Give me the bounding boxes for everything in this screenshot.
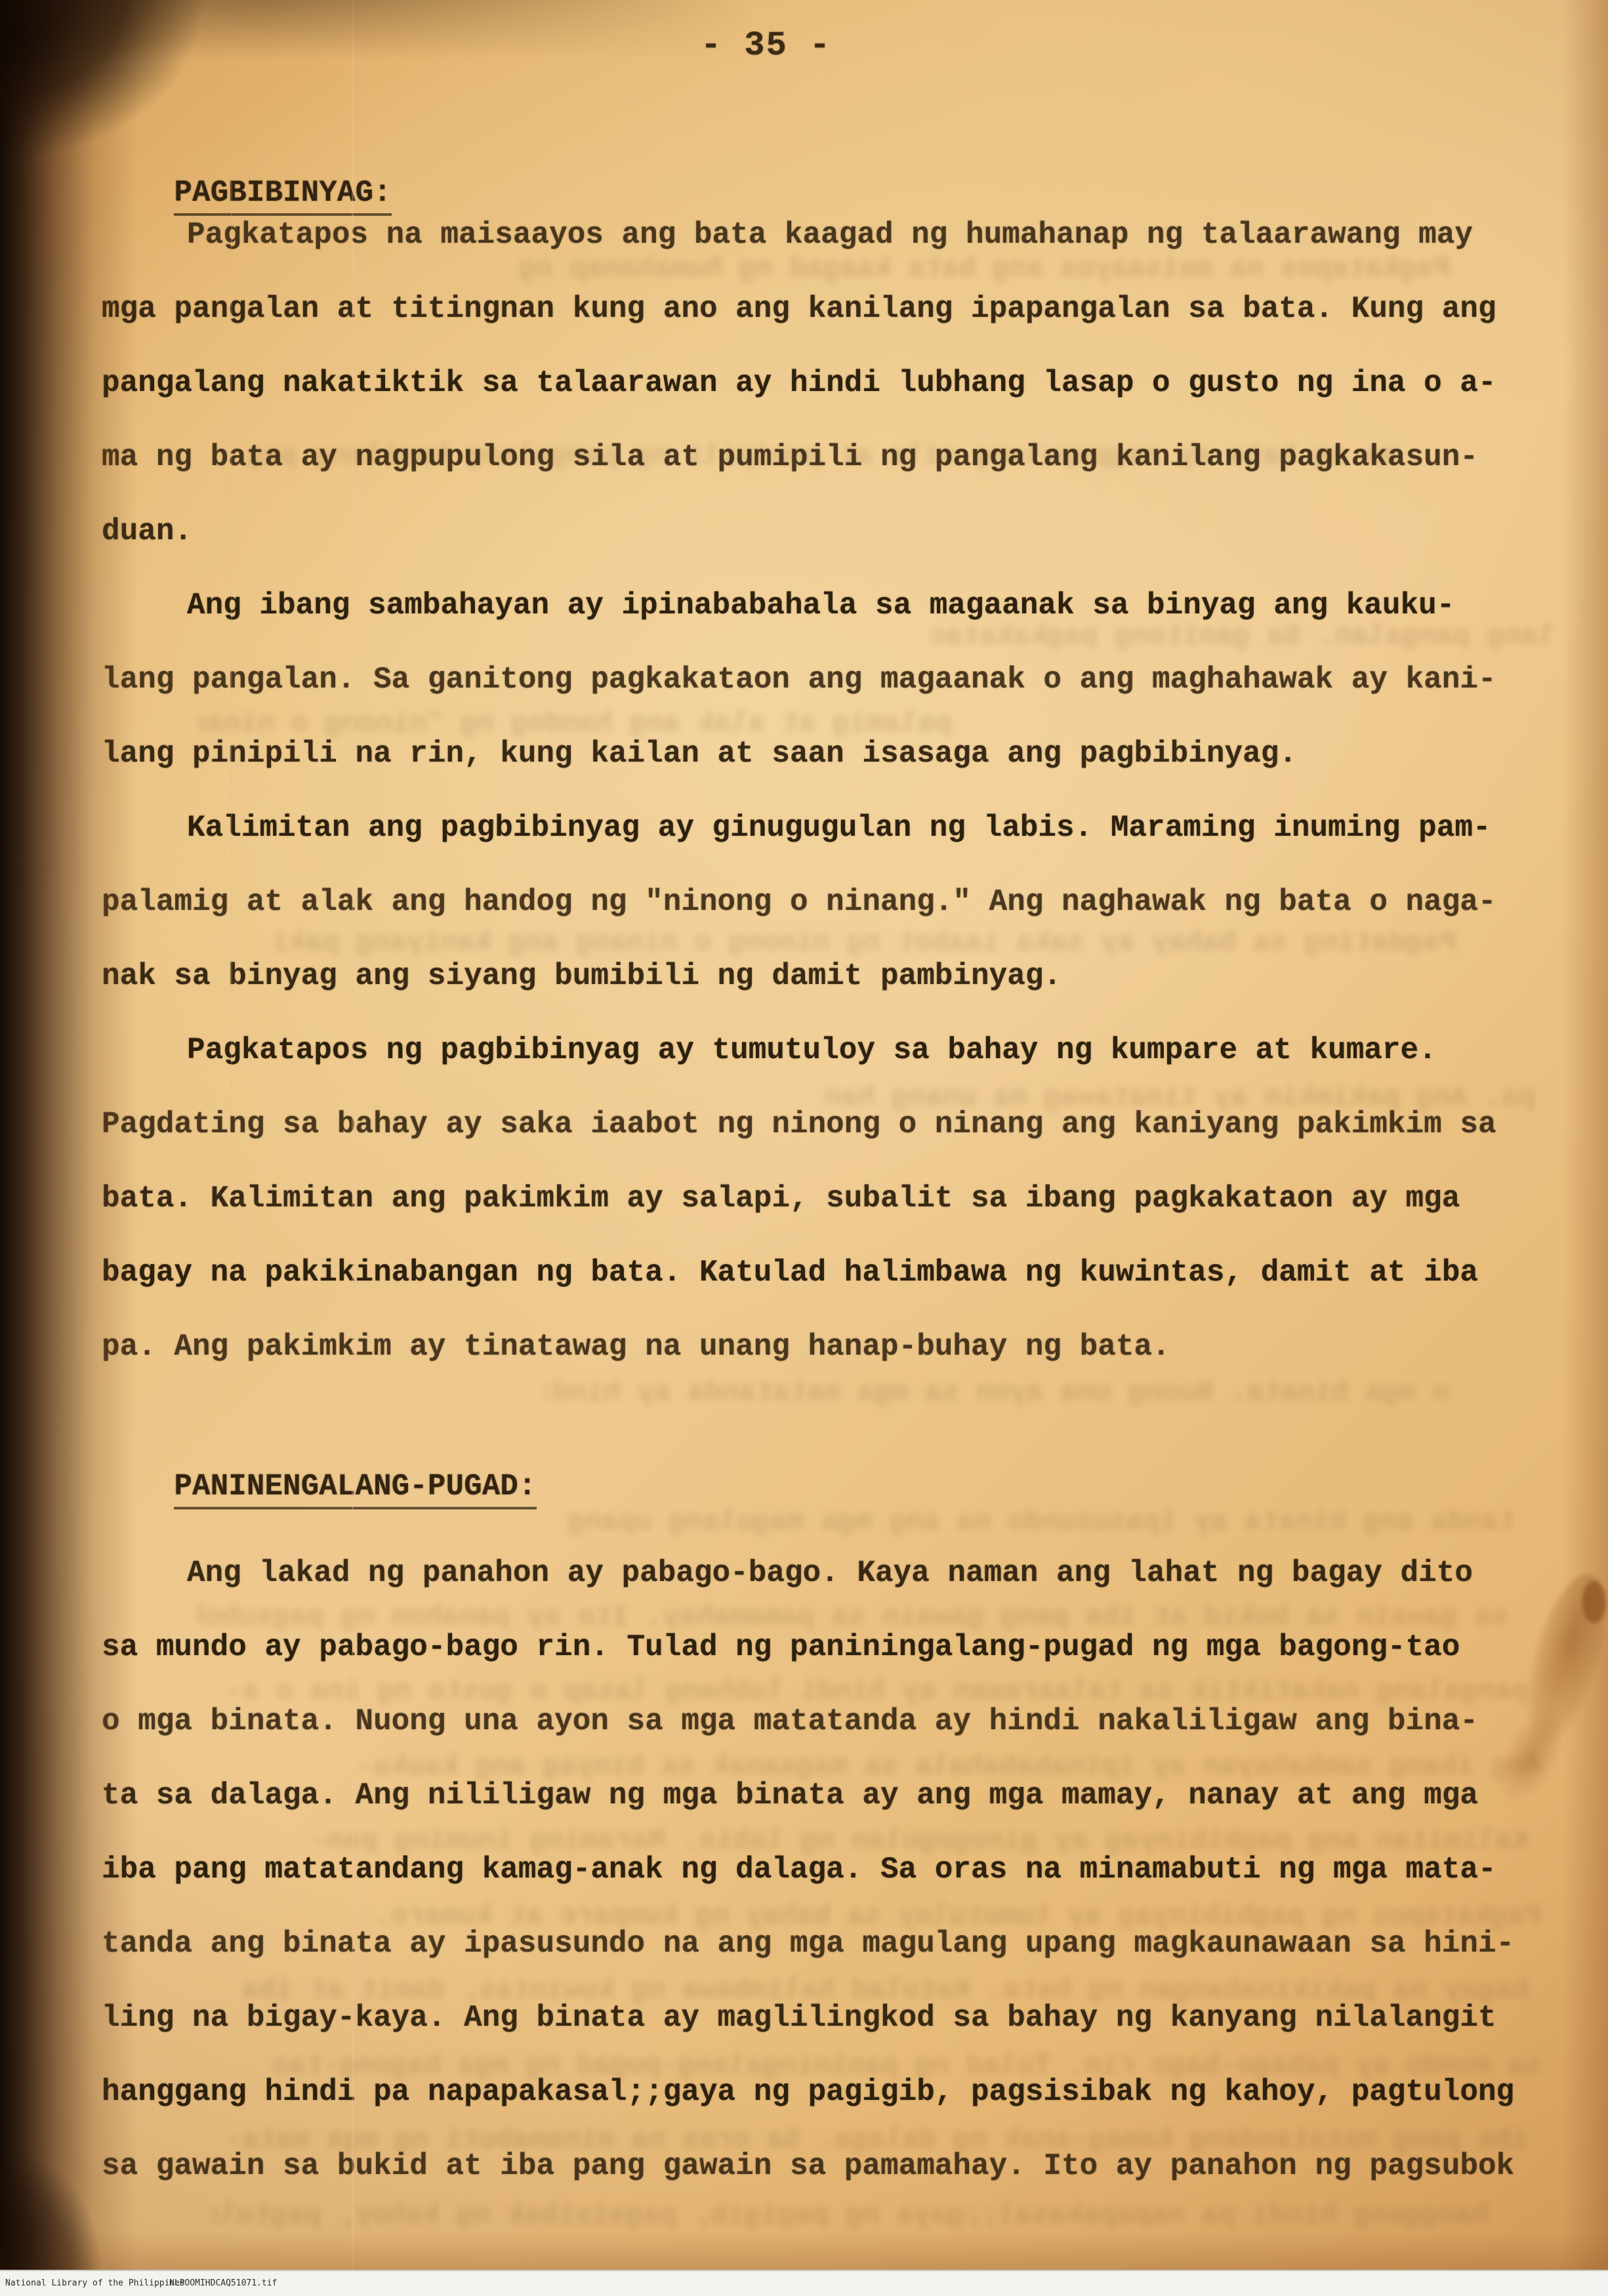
body-line: iba pang matatandang kamag-anak ng dalag… bbox=[102, 1853, 1496, 1887]
body-line: bata. Kalimitan ang pakimkim ay salapi, … bbox=[102, 1181, 1460, 1216]
section-heading-label: PANINENGALANG-PUGAD: bbox=[174, 1469, 536, 1509]
scan-edge-shadow-bottom-left bbox=[0, 2074, 171, 2271]
body-line: sa gawain sa bukid at iba pang gawain sa… bbox=[102, 2149, 1514, 2183]
bleed-through-line: Pagdating sa bahay ay saka iaabot ng nin… bbox=[276, 926, 1456, 962]
scanned-page: Pagkatapos na maisaayos ang bata kaagad … bbox=[0, 0, 1608, 2296]
section-heading-paninengalang-pugad: PANINENGALANG-PUGAD: bbox=[102, 1435, 537, 1538]
bleed-through-line: tanda ang binata ay ipasusundo na ang mg… bbox=[564, 1506, 1515, 1541]
body-line: Pagkatapos ng pagbibinyag ay tumutuloy s… bbox=[102, 1033, 1437, 1067]
footer-library-label: National Library of the Philippines bbox=[5, 2278, 185, 2288]
body-line: lang pangalan. Sa ganitong pagkakataon a… bbox=[102, 663, 1496, 697]
body-line: hanggang hindi pa napapakasal;;gaya ng p… bbox=[102, 2075, 1514, 2109]
body-line: pa. Ang pakimkim ay tinatawag na unang h… bbox=[102, 1330, 1170, 1364]
body-line: Ang ibang sambahayan ay ipinababahala sa… bbox=[102, 588, 1454, 623]
bleed-through-line: Pagkatapos na maisaayos ang bata kaagad … bbox=[499, 253, 1450, 288]
body-line: Ang lakad ng panahon ay pabago-bago. Kay… bbox=[102, 1556, 1473, 1590]
body-line: tanda ang binata ay ipasusundo na ang mg… bbox=[102, 1927, 1514, 1961]
bleed-through-line: hanggang hindi pa napapakasal;;gaya ng p… bbox=[210, 2199, 1489, 2234]
body-line: sa mundo ay pabago-bago rin. Tulad ng pa… bbox=[102, 1630, 1460, 1664]
body-line: ta sa dalaga. Ang nililigaw ng mga binat… bbox=[102, 1778, 1478, 1813]
body-line: Kalimitan ang pagbibinyag ay ginugugulan… bbox=[102, 811, 1491, 845]
body-line: palamig at alak ang handog ng "ninong o … bbox=[102, 885, 1496, 919]
bleed-through-line: lang pangalan. Sa ganitong pagkakataon a… bbox=[932, 620, 1555, 655]
footer-bar: National Library of the Philippines NLPO… bbox=[0, 2270, 1608, 2296]
scan-edge-shadow-top bbox=[0, 0, 754, 59]
footer-filename-label: NLPOOMIHDCAQ51071.tif bbox=[169, 2278, 277, 2288]
body-line: nak sa binyag ang siyang bumibili ng dam… bbox=[102, 959, 1062, 993]
scan-edge-shadow-left bbox=[0, 0, 138, 2271]
body-line: bagay na pakikinabangan ng bata. Katulad… bbox=[102, 1256, 1478, 1290]
body-line: pangalang nakatiktik sa talaarawan ay hi… bbox=[102, 366, 1496, 400]
body-line: ma ng bata ay nagpupulong sila at pumipi… bbox=[102, 440, 1478, 474]
bleed-through-line: o mga binata. Nuong una ayon sa mga mata… bbox=[545, 1376, 1450, 1412]
body-line: o mga binata. Nuong una ayon sa mga mata… bbox=[102, 1704, 1478, 1738]
body-line: lang pinipili na rin, kung kailan at saa… bbox=[102, 737, 1297, 771]
body-line: ling na bigay-kaya. Ang binata ay maglil… bbox=[102, 2001, 1496, 2035]
scan-edge-shadow-right bbox=[1562, 0, 1608, 2271]
paper-crease bbox=[352, 0, 354, 2271]
scan-edge-shadow-bottom bbox=[0, 2232, 1608, 2271]
body-line: Pagdating sa bahay ay saka iaabot ng nin… bbox=[102, 1107, 1496, 1141]
